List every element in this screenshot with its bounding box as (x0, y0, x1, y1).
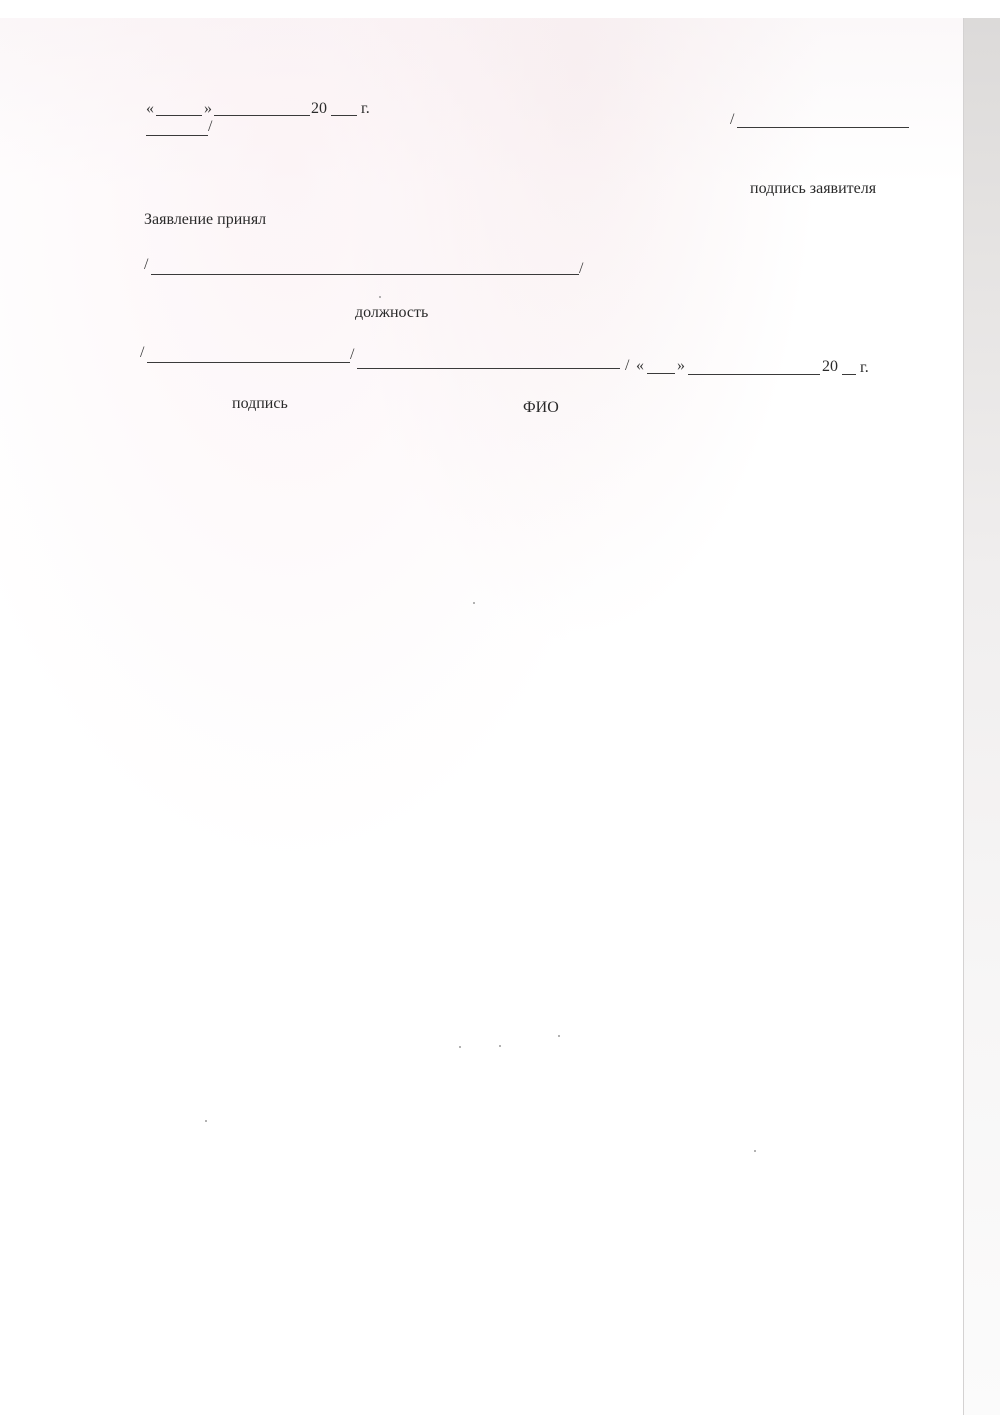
scan-speck (499, 1045, 501, 1047)
accept-year-blank-field[interactable] (842, 374, 856, 375)
position-field[interactable] (151, 274, 579, 275)
scan-speck (473, 602, 475, 604)
date-continuation-slash: / (208, 118, 212, 136)
scan-edge-shadow (963, 18, 1000, 1415)
applicant-signature-field[interactable] (737, 127, 909, 128)
date-open-quote: « (146, 100, 154, 118)
signature-left-slash: / (140, 344, 144, 362)
signature-field[interactable] (147, 362, 350, 363)
scan-speck (205, 1120, 207, 1122)
day-blank-field[interactable] (156, 115, 202, 116)
year-prefix: 20 (311, 100, 327, 118)
scan-speck (379, 296, 381, 298)
scan-speck (754, 1150, 756, 1152)
applicant-signature-label: подпись заявителя (750, 180, 876, 198)
month-blank-field[interactable] (214, 115, 310, 116)
name-date-separator-slash: / (625, 357, 629, 375)
accept-month-blank-field[interactable] (688, 374, 820, 375)
scan-speck (459, 1046, 461, 1048)
accept-day-blank-field[interactable] (647, 373, 675, 374)
applicant-signature-slash: / (730, 111, 734, 129)
date-continuation-blank-field[interactable] (146, 135, 208, 136)
year-suffix: г. (361, 100, 370, 118)
accept-date-close-quote: » (677, 357, 685, 375)
accept-year-prefix: 20 (822, 358, 838, 376)
position-right-slash: / (579, 260, 583, 278)
signature-name-separator-slash: / (350, 346, 354, 364)
scan-speck (558, 1035, 560, 1037)
accept-date-open-quote: « (636, 357, 644, 375)
position-left-slash: / (144, 256, 148, 274)
date-close-quote: » (204, 100, 212, 118)
full-name-label: ФИО (523, 399, 559, 417)
full-name-field[interactable] (357, 368, 620, 369)
signature-label: подпись (232, 395, 288, 413)
accepted-by-heading: Заявление принял (144, 211, 266, 229)
accept-year-suffix: г. (860, 359, 869, 377)
position-label: должность (355, 304, 428, 322)
year-blank-field[interactable] (331, 115, 357, 116)
